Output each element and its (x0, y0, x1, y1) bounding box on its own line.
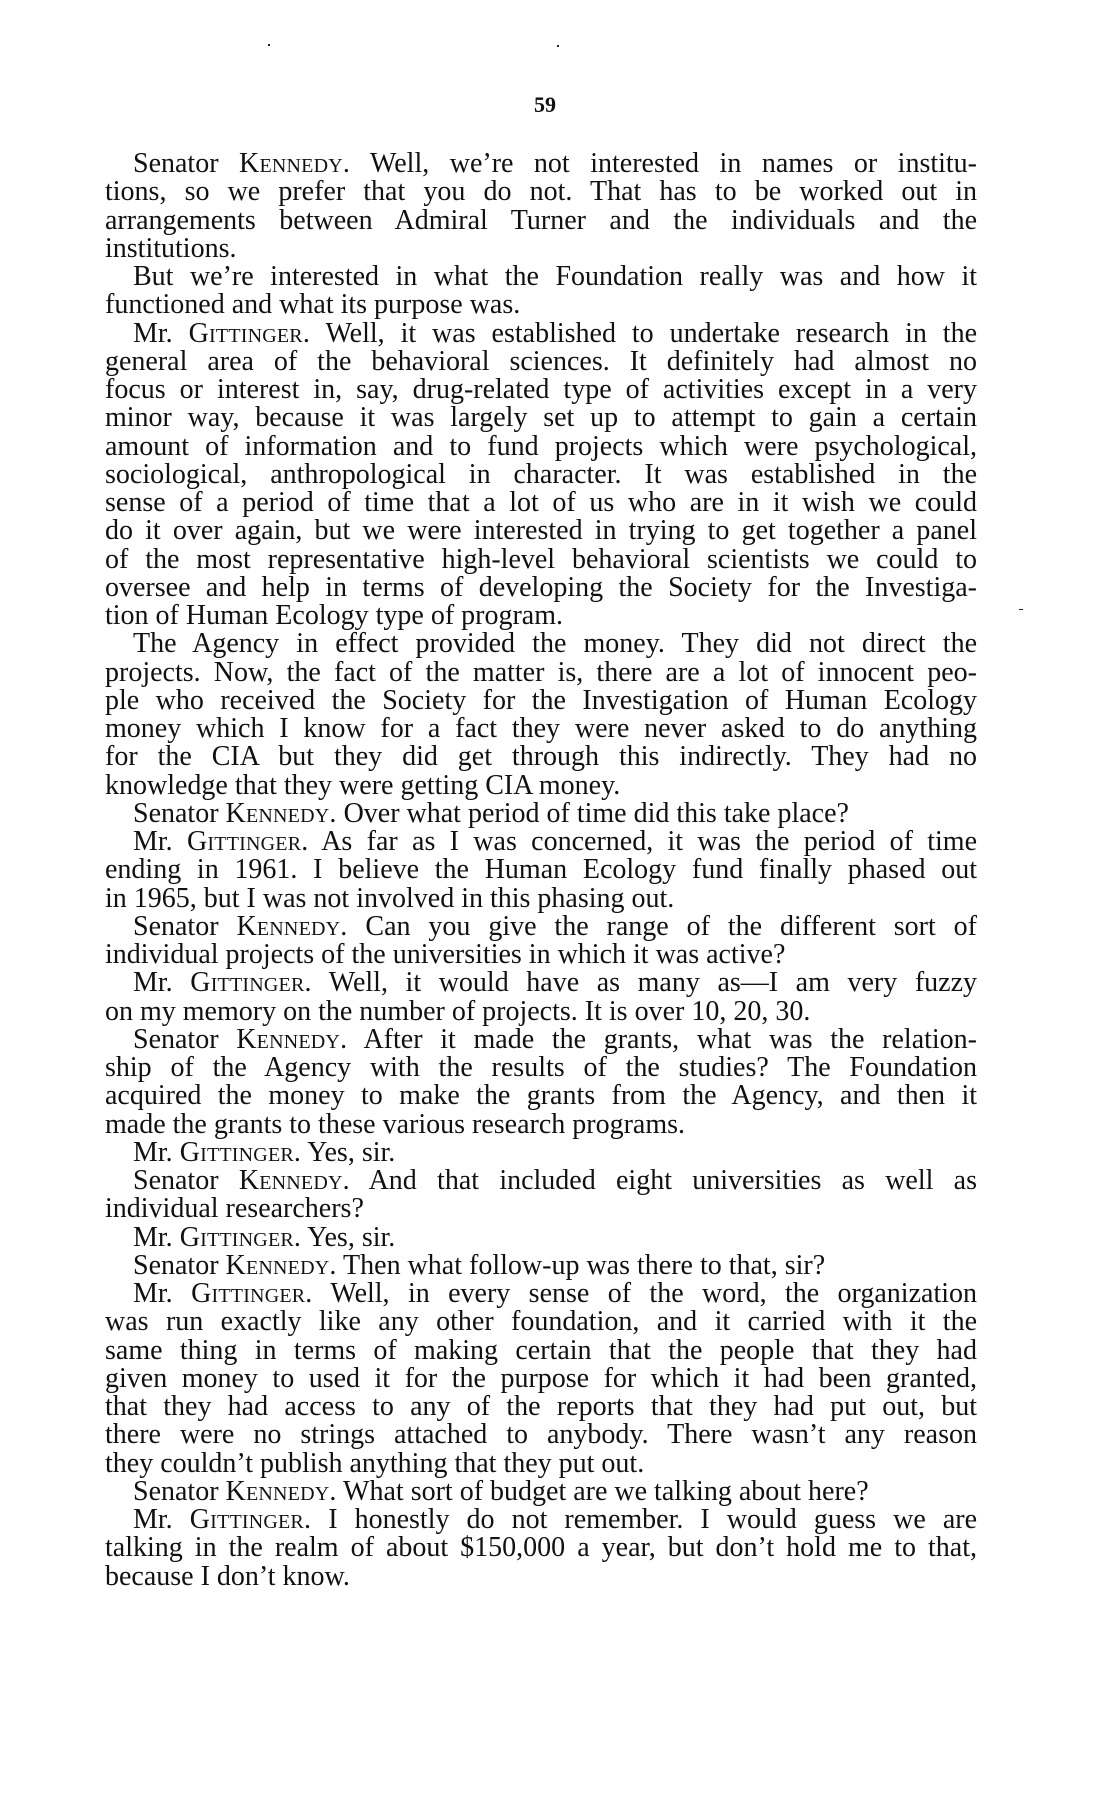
scan-speck (557, 45, 559, 47)
scan-speck (268, 44, 270, 46)
line-content: money which I know for a fact they were … (105, 715, 977, 743)
text-line: Senator Kennedy. After it made the grant… (105, 1026, 977, 1054)
line-content: sociological, anthropological in charact… (105, 461, 977, 489)
line-content: sense of a period of time that a lot of … (105, 489, 977, 517)
speaker-name: Gittinger. (180, 1222, 301, 1253)
line-content: individual projects of the universities … (105, 941, 977, 969)
line-content: do it over again, but we were interested… (105, 517, 977, 545)
speaker-name: Kennedy. (236, 1024, 347, 1055)
speaker-name: Kennedy. (239, 148, 350, 179)
speaker-title: Mr. (133, 1278, 173, 1309)
text-line: Mr. Gittinger. Yes, sir. (105, 1224, 977, 1252)
line-text: in 1965, but I was not involved in this … (105, 883, 674, 914)
line-text: After it made the grants, what was the r… (347, 1024, 977, 1055)
text-line: ending in 1961. I believe the Human Ecol… (105, 856, 977, 884)
line-content: oversee and help in terms of developing … (105, 574, 977, 602)
line-content: Senator Kennedy. What sort of budget are… (133, 1478, 977, 1506)
line-text: money which I know for a fact they were … (105, 713, 977, 744)
line-text: ple who received the Society for the Inv… (105, 685, 977, 716)
line-text: Can you give the range of the different … (347, 911, 977, 942)
line-text: of the most representative high-level be… (105, 544, 977, 575)
text-line: Mr. Gittinger. Well, in every sense of t… (105, 1280, 977, 1308)
speaker-title: Mr. (133, 1504, 173, 1535)
line-text: As far as I was concerned, it was the pe… (308, 826, 977, 857)
line-content: acquired the money to make the grants fr… (105, 1082, 977, 1110)
page-number: 59 (0, 92, 1090, 118)
text-line: on my memory on the number of projects. … (105, 998, 977, 1026)
line-text: sense of a period of time that a lot of … (105, 487, 977, 518)
line-content: The Agency in effect provided the money.… (133, 630, 977, 658)
speaker-title: Mr. (133, 1137, 173, 1168)
line-text: that they had access to any of the repor… (105, 1391, 977, 1422)
line-text: arrangements between Admiral Turner and … (105, 205, 977, 236)
speaker-title: Senator (133, 1476, 219, 1507)
text-line: institutions. (105, 235, 977, 263)
line-content: Senator Kennedy. Then what follow-up was… (133, 1252, 977, 1280)
text-line: focus or interest in, say, drug-related … (105, 376, 977, 404)
text-line: arrangements between Admiral Turner and … (105, 207, 977, 235)
line-content: tions, so we prefer that you do not. Tha… (105, 178, 977, 206)
line-content: Mr. Gittinger. Well, in every sense of t… (133, 1280, 977, 1308)
text-line: for the CIA but they did get through thi… (105, 743, 977, 771)
line-text: there were no strings attached to anybod… (105, 1419, 977, 1450)
line-text: they couldn’t publish anything that they… (105, 1448, 644, 1479)
line-content: Senator Kennedy. Well, we’re not interes… (133, 150, 977, 178)
speaker-paragraph: Senator Kennedy. After it made the grant… (105, 1026, 977, 1139)
text-line: The Agency in effect provided the money.… (105, 630, 977, 658)
text-line: But we’re interested in what the Foundat… (105, 263, 977, 291)
line-text: minor way, because it was largely set up… (105, 402, 977, 433)
text-line: was run exactly like any other foundatio… (105, 1308, 977, 1336)
line-content: tion of Human Ecology type of program. (105, 602, 977, 630)
line-text: Then what follow-up was there to that, s… (337, 1250, 826, 1281)
speaker-paragraph: Mr. Gittinger. Well, in every sense of t… (105, 1280, 977, 1478)
text-line: Mr. Gittinger. I honestly do not remembe… (105, 1506, 977, 1534)
line-content: Senator Kennedy. Can you give the range … (133, 913, 977, 941)
text-line: Senator Kennedy. And that included eight… (105, 1167, 977, 1195)
line-content: functioned and what its purpose was. (105, 291, 977, 319)
continuation-paragraph: The Agency in effect provided the money.… (105, 630, 977, 800)
line-text: because I don’t know. (105, 1561, 350, 1592)
text-line: Mr. Gittinger. Well, it was established … (105, 320, 977, 348)
text-line: there were no strings attached to anybod… (105, 1421, 977, 1449)
line-text: given money to used it for the purpose f… (105, 1363, 977, 1394)
hearing-transcript: Senator Kennedy. Well, we’re not interes… (105, 150, 977, 1591)
line-text: Well, it would have as many as—I am very… (312, 967, 977, 998)
line-text: same thing in terms of making certain th… (105, 1335, 977, 1366)
line-content: was run exactly like any other foundatio… (105, 1308, 977, 1336)
line-text: tions, so we prefer that you do not. Tha… (105, 176, 977, 207)
line-content: Senator Kennedy. After it made the grant… (133, 1026, 977, 1054)
line-text: And that included eight universities as … (350, 1165, 977, 1196)
line-content: projects. Now, the fact of the matter is… (105, 659, 977, 687)
text-line: of the most representative high-level be… (105, 546, 977, 574)
line-content: Mr. Gittinger. I honestly do not remembe… (133, 1506, 977, 1534)
text-line: Senator Kennedy. Well, we’re not interes… (105, 150, 977, 178)
speaker-paragraph: Senator Kennedy. Then what follow-up was… (105, 1252, 977, 1280)
speaker-name: Kennedy. (226, 1250, 337, 1281)
text-line: given money to used it for the purpose f… (105, 1365, 977, 1393)
text-line: tion of Human Ecology type of program. (105, 602, 977, 630)
line-text: I honestly do not remember. I would gues… (311, 1504, 977, 1535)
speaker-title: Senator (133, 1165, 219, 1196)
text-line: that they had access to any of the repor… (105, 1393, 977, 1421)
line-text: functioned and what its purpose was. (105, 289, 520, 320)
line-text: sociological, anthropological in charact… (105, 459, 977, 490)
speaker-paragraph: Senator Kennedy. Well, we’re not interes… (105, 150, 977, 263)
line-content: talking in the realm of about $150,000 a… (105, 1534, 977, 1562)
line-content: Mr. Gittinger. Well, it would have as ma… (133, 969, 977, 997)
text-line: talking in the realm of about $150,000 a… (105, 1534, 977, 1562)
speaker-name: Gittinger. (190, 1504, 311, 1535)
speaker-paragraph: Senator Kennedy. And that included eight… (105, 1167, 977, 1224)
text-line: Senator Kennedy. Over what period of tim… (105, 800, 977, 828)
speaker-name: Kennedy. (226, 798, 337, 829)
line-text: institutions. (105, 233, 236, 264)
text-line: Senator Kennedy. Then what follow-up was… (105, 1252, 977, 1280)
line-content: in 1965, but I was not involved in this … (105, 885, 977, 913)
line-text: Yes, sir. (301, 1137, 395, 1168)
speaker-title: Senator (133, 148, 219, 179)
line-content: ple who received the Society for the Inv… (105, 687, 977, 715)
line-text: oversee and help in terms of developing … (105, 572, 977, 603)
line-content: Mr. Gittinger. Well, it was established … (133, 320, 977, 348)
speaker-title: Mr. (133, 1222, 173, 1253)
line-text: focus or interest in, say, drug-related … (105, 374, 977, 405)
line-content: Senator Kennedy. Over what period of tim… (133, 800, 977, 828)
speaker-paragraph: Mr. Gittinger. Yes, sir. (105, 1224, 977, 1252)
line-text: amount of information and to fund projec… (105, 431, 977, 462)
speaker-title: Mr. (133, 967, 173, 998)
speaker-name: Gittinger. (190, 967, 311, 998)
line-content: general area of the behavioral sciences.… (105, 348, 977, 376)
line-text: on my memory on the number of projects. … (105, 996, 810, 1027)
line-text: But we’re interested in what the Foundat… (133, 261, 977, 292)
speaker-paragraph: Senator Kennedy. Can you give the range … (105, 913, 977, 970)
speaker-title: Senator (133, 1024, 219, 1055)
text-line: money which I know for a fact they were … (105, 715, 977, 743)
line-text: The Agency in effect provided the money.… (133, 628, 977, 659)
line-content: ending in 1961. I believe the Human Ecol… (105, 856, 977, 884)
line-content: that they had access to any of the repor… (105, 1393, 977, 1421)
text-line: because I don’t know. (105, 1563, 977, 1591)
text-line: do it over again, but we were interested… (105, 517, 977, 545)
text-line: knowledge that they were getting CIA mon… (105, 772, 977, 800)
speaker-title: Mr. (133, 826, 173, 857)
text-line: sociological, anthropological in charact… (105, 461, 977, 489)
line-content: for the CIA but they did get through thi… (105, 743, 977, 771)
text-line: made the grants to these various researc… (105, 1111, 977, 1139)
line-text: Yes, sir. (301, 1222, 395, 1253)
line-text: ending in 1961. I believe the Human Ecol… (105, 854, 977, 885)
text-line: general area of the behavioral sciences.… (105, 348, 977, 376)
line-content: on my memory on the number of projects. … (105, 998, 977, 1026)
text-line: Senator Kennedy. What sort of budget are… (105, 1478, 977, 1506)
line-text: acquired the money to make the grants fr… (105, 1080, 977, 1111)
text-line: functioned and what its purpose was. (105, 291, 977, 319)
speaker-name: Kennedy. (226, 1476, 337, 1507)
line-text: projects. Now, the fact of the matter is… (105, 657, 977, 688)
text-line: oversee and help in terms of developing … (105, 574, 977, 602)
text-line: tions, so we prefer that you do not. Tha… (105, 178, 977, 206)
line-content: given money to used it for the purpose f… (105, 1365, 977, 1393)
line-text: individual projects of the universities … (105, 939, 785, 970)
speaker-title: Mr. (133, 318, 173, 349)
line-text: tion of Human Ecology type of program. (105, 600, 563, 631)
speaker-name: Gittinger. (189, 318, 310, 349)
line-text: individual researchers? (105, 1193, 364, 1224)
text-line: in 1965, but I was not involved in this … (105, 885, 977, 913)
line-content: Senator Kennedy. And that included eight… (133, 1167, 977, 1195)
line-content: knowledge that they were getting CIA mon… (105, 772, 977, 800)
line-content: made the grants to these various researc… (105, 1111, 977, 1139)
text-line: ple who received the Society for the Inv… (105, 687, 977, 715)
line-text: Well, in every sense of the word, the or… (313, 1278, 978, 1309)
scan-speck (1019, 609, 1023, 610)
speaker-paragraph: Mr. Gittinger. Well, it was established … (105, 320, 977, 631)
line-content: because I don’t know. (105, 1563, 977, 1591)
speaker-title: Senator (133, 798, 219, 829)
text-line: Senator Kennedy. Can you give the range … (105, 913, 977, 941)
speaker-paragraph: Senator Kennedy. Over what period of tim… (105, 800, 977, 828)
speaker-name: Gittinger. (191, 1278, 312, 1309)
speaker-title: Senator (133, 1250, 219, 1281)
line-content: arrangements between Admiral Turner and … (105, 207, 977, 235)
speaker-paragraph: Mr. Gittinger. Yes, sir. (105, 1139, 977, 1167)
line-text: for the CIA but they did get through thi… (105, 741, 977, 772)
text-line: acquired the money to make the grants fr… (105, 1082, 977, 1110)
text-line: amount of information and to fund projec… (105, 433, 977, 461)
line-content: But we’re interested in what the Foundat… (133, 263, 977, 291)
text-line: projects. Now, the fact of the matter is… (105, 659, 977, 687)
line-text: made the grants to these various researc… (105, 1109, 685, 1140)
text-line: Mr. Gittinger. Well, it would have as ma… (105, 969, 977, 997)
line-content: amount of information and to fund projec… (105, 433, 977, 461)
speaker-name: Gittinger. (180, 1137, 301, 1168)
line-content: focus or interest in, say, drug-related … (105, 376, 977, 404)
line-text: was run exactly like any other foundatio… (105, 1306, 977, 1337)
speaker-name: Kennedy. (236, 911, 347, 942)
line-text: What sort of budget are we talking about… (337, 1476, 869, 1507)
line-content: institutions. (105, 235, 977, 263)
text-line: minor way, because it was largely set up… (105, 404, 977, 432)
line-text: Well, we’re not interested in names or i… (350, 148, 977, 179)
line-text: talking in the realm of about $150,000 a… (105, 1532, 977, 1563)
line-text: knowledge that they were getting CIA mon… (105, 770, 620, 801)
line-content: Mr. Gittinger. Yes, sir. (133, 1139, 977, 1167)
line-content: minor way, because it was largely set up… (105, 404, 977, 432)
text-line: Mr. Gittinger. Yes, sir. (105, 1139, 977, 1167)
line-content: same thing in terms of making certain th… (105, 1337, 977, 1365)
speaker-paragraph: Mr. Gittinger. As far as I was concerned… (105, 828, 977, 913)
text-line: Mr. Gittinger. As far as I was concerned… (105, 828, 977, 856)
text-line: they couldn’t publish anything that they… (105, 1450, 977, 1478)
speaker-name: Kennedy. (239, 1165, 350, 1196)
speaker-paragraph: Senator Kennedy. What sort of budget are… (105, 1478, 977, 1506)
line-content: of the most representative high-level be… (105, 546, 977, 574)
text-line: same thing in terms of making certain th… (105, 1337, 977, 1365)
text-line: ship of the Agency with the results of t… (105, 1054, 977, 1082)
text-line: sense of a period of time that a lot of … (105, 489, 977, 517)
line-text: Well, it was established to undertake re… (310, 318, 977, 349)
text-line: individual projects of the universities … (105, 941, 977, 969)
speaker-paragraph: Mr. Gittinger. Well, it would have as ma… (105, 969, 977, 1026)
line-text: do it over again, but we were interested… (105, 515, 977, 546)
text-line: individual researchers? (105, 1195, 977, 1223)
line-content: they couldn’t publish anything that they… (105, 1450, 977, 1478)
line-content: Mr. Gittinger. Yes, sir. (133, 1224, 977, 1252)
line-text: general area of the behavioral sciences.… (105, 346, 977, 377)
speaker-title: Senator (133, 911, 219, 942)
line-content: ship of the Agency with the results of t… (105, 1054, 977, 1082)
continuation-paragraph: But we’re interested in what the Foundat… (105, 263, 977, 320)
line-text: Over what period of time did this take p… (337, 798, 849, 829)
line-content: individual researchers? (105, 1195, 977, 1223)
line-text: ship of the Agency with the results of t… (105, 1052, 977, 1083)
line-content: Mr. Gittinger. As far as I was concerned… (133, 828, 977, 856)
speaker-name: Gittinger. (187, 826, 308, 857)
speaker-paragraph: Mr. Gittinger. I honestly do not remembe… (105, 1506, 977, 1591)
line-content: there were no strings attached to anybod… (105, 1421, 977, 1449)
